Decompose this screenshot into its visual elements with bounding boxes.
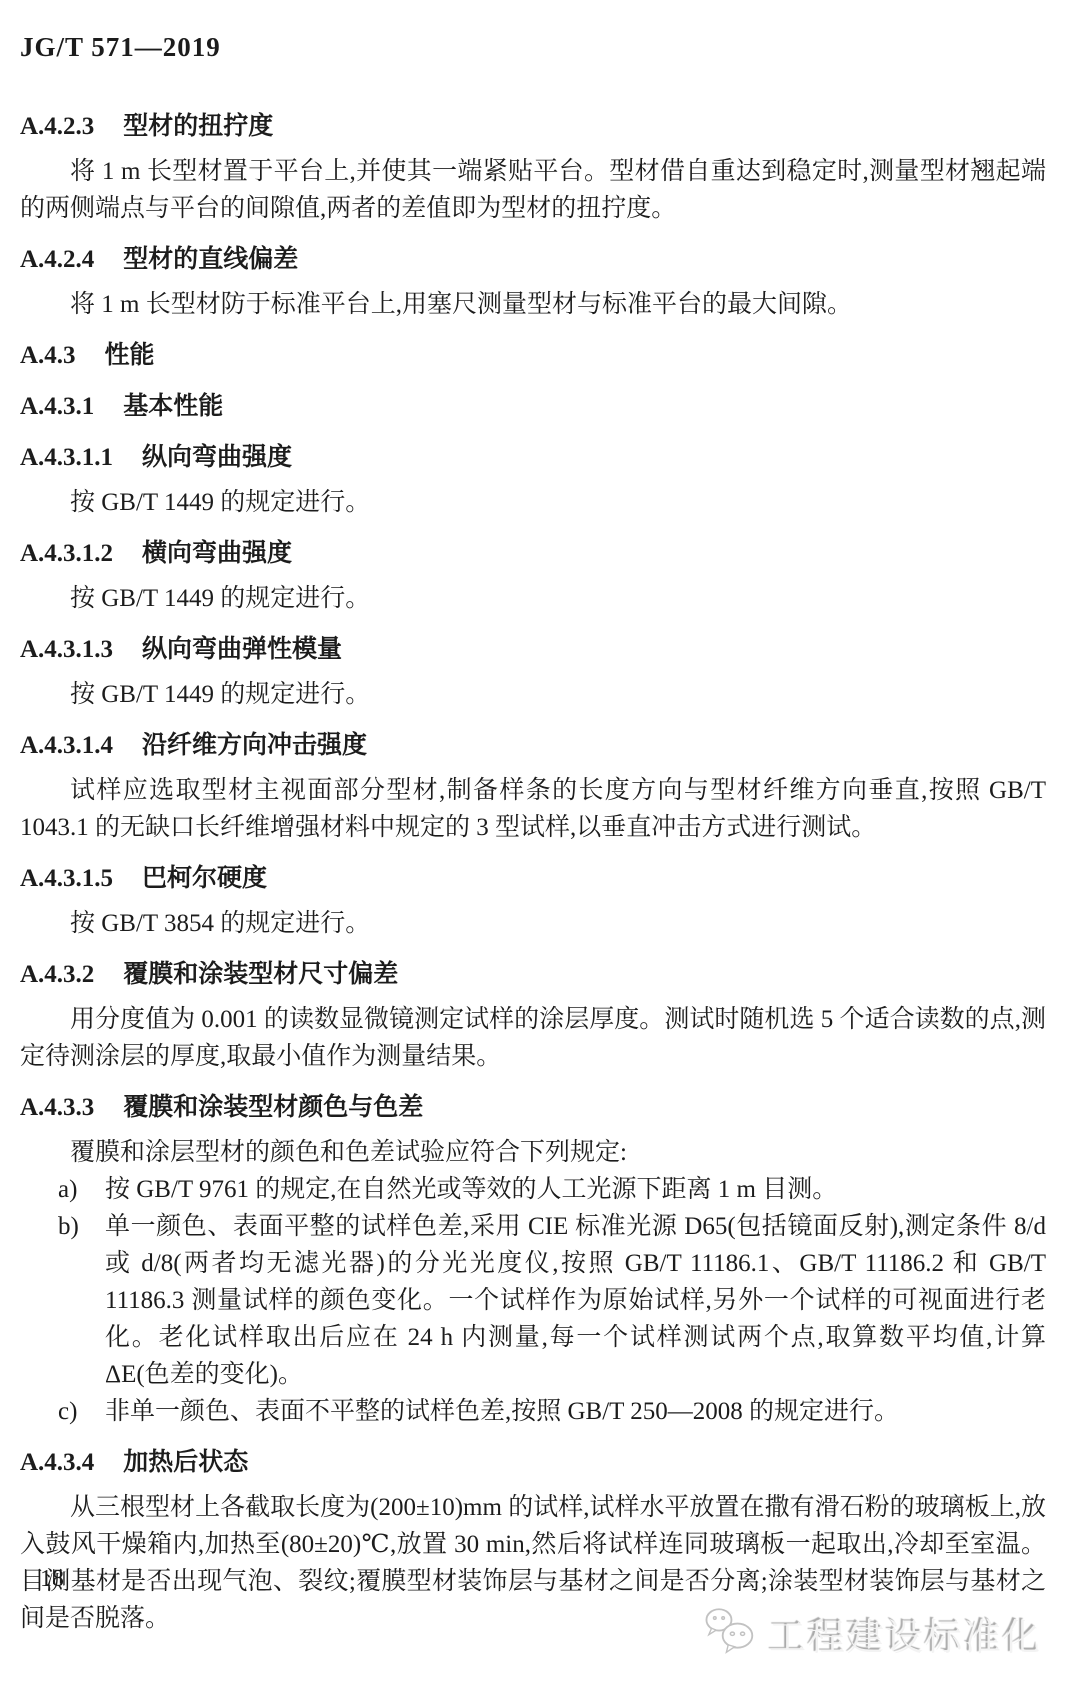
- section-number: A.4.3: [20, 342, 76, 369]
- section-number: A.4.2.3: [20, 113, 94, 140]
- list-item-label: a): [58, 1171, 77, 1208]
- section-heading: A.4.3.3 覆膜和涂装型材颜色与色差: [20, 1089, 1046, 1126]
- section-title: 横向弯曲强度: [142, 539, 292, 567]
- section-number: A.4.3.1.2: [20, 540, 113, 567]
- section-title: 加热后状态: [123, 1448, 248, 1476]
- section-heading: A.4.3.4 加热后状态: [20, 1444, 1046, 1481]
- section-title: 覆膜和涂装型材颜色与色差: [123, 1093, 423, 1121]
- list-item-text: 单一颜色、表面平整的试样色差,采用 CIE 标准光源 D65(包括镜面反射),测…: [105, 1213, 1046, 1388]
- section-heading: A.4.3.2 覆膜和涂装型材尺寸偏差: [20, 956, 1046, 993]
- list-item: c) 非单一颜色、表面不平整的试样色差,按照 GB/T 250—2008 的规定…: [20, 1393, 1046, 1430]
- wechat-icon: [703, 1606, 759, 1661]
- section-heading: A.4.2.4 型材的直线偏差: [20, 241, 1046, 278]
- section-title: 沿纤维方向冲击强度: [142, 731, 367, 759]
- page-number: 18: [40, 1564, 64, 1594]
- section-title: 纵向弯曲强度: [142, 443, 292, 471]
- section-heading: A.4.3.1.1 纵向弯曲强度: [20, 439, 1046, 476]
- section-heading: A.4.3.1.4 沿纤维方向冲击强度: [20, 727, 1046, 764]
- document-page: JG/T 571—2019 A.4.2.3 型材的扭拧度 将 1 m 长型材置于…: [0, 0, 1068, 1684]
- body-paragraph: 试样应选取型材主视面部分型材,制备样条的长度方向与型材纤维方向垂直,按照 GB/…: [20, 772, 1046, 846]
- section-number: A.4.2.4: [20, 246, 94, 273]
- body-paragraph: 按 GB/T 1449 的规定进行。: [20, 580, 1046, 617]
- section-title: 纵向弯曲弹性模量: [142, 635, 342, 663]
- body-paragraph: 将 1 m 长型材置于平台上,并使其一端紧贴平台。型材借自重达到稳定时,测量型材…: [20, 153, 1046, 227]
- list-item-text: 按 GB/T 9761 的规定,在自然光或等效的人工光源下距离 1 m 目测。: [105, 1176, 837, 1203]
- list-item-label: c): [58, 1393, 77, 1430]
- body-paragraph: 按 GB/T 1449 的规定进行。: [20, 484, 1046, 521]
- section-heading: A.4.2.3 型材的扭拧度: [20, 108, 1046, 145]
- section-number: A.4.3.1.1: [20, 444, 113, 471]
- section-number: A.4.3.2: [20, 961, 94, 988]
- body-paragraph: 覆膜和涂层型材的颜色和色差试验应符合下列规定:: [20, 1134, 1046, 1171]
- section-title: 型材的扭拧度: [123, 112, 273, 140]
- watermark: 工程建设标准化: [703, 1606, 1042, 1661]
- watermark-text: 工程建设标准化: [769, 1607, 1042, 1661]
- list-item: a) 按 GB/T 9761 的规定,在自然光或等效的人工光源下距离 1 m 目…: [20, 1171, 1046, 1208]
- list-item-text: 非单一颜色、表面不平整的试样色差,按照 GB/T 250—2008 的规定进行。: [105, 1398, 899, 1425]
- section-title: 基本性能: [123, 392, 223, 420]
- standard-number-header: JG/T 571—2019: [20, 30, 1046, 64]
- body-paragraph: 用分度值为 0.001 的读数显微镜测定试样的涂层厚度。测试时随机选 5 个适合…: [20, 1001, 1046, 1075]
- list-item: b) 单一颜色、表面平整的试样色差,采用 CIE 标准光源 D65(包括镜面反射…: [20, 1208, 1046, 1393]
- section-title: 覆膜和涂装型材尺寸偏差: [123, 960, 398, 988]
- section-heading: A.4.3 性能: [20, 337, 1046, 374]
- section-number: A.4.3.1.3: [20, 636, 113, 663]
- body-paragraph: 将 1 m 长型材防于标准平台上,用塞尺测量型材与标准平台的最大间隙。: [20, 286, 1046, 323]
- section-number: A.4.3.4: [20, 1449, 94, 1476]
- section-number: A.4.3.3: [20, 1094, 94, 1121]
- document-content: JG/T 571—2019 A.4.2.3 型材的扭拧度 将 1 m 长型材置于…: [0, 0, 1068, 1637]
- section-number: A.4.3.1: [20, 393, 94, 420]
- list-item-label: b): [58, 1208, 79, 1245]
- section-heading: A.4.3.1.3 纵向弯曲弹性模量: [20, 631, 1046, 668]
- body-paragraph: 按 GB/T 1449 的规定进行。: [20, 676, 1046, 713]
- section-number: A.4.3.1.4: [20, 732, 113, 759]
- section-heading: A.4.3.1.2 横向弯曲强度: [20, 535, 1046, 572]
- section-title: 性能: [105, 341, 155, 369]
- section-title: 巴柯尔硬度: [142, 864, 267, 892]
- section-title: 型材的直线偏差: [123, 245, 298, 273]
- section-number: A.4.3.1.5: [20, 865, 113, 892]
- section-heading: A.4.3.1 基本性能: [20, 388, 1046, 425]
- body-paragraph: 按 GB/T 3854 的规定进行。: [20, 905, 1046, 942]
- section-heading: A.4.3.1.5 巴柯尔硬度: [20, 860, 1046, 897]
